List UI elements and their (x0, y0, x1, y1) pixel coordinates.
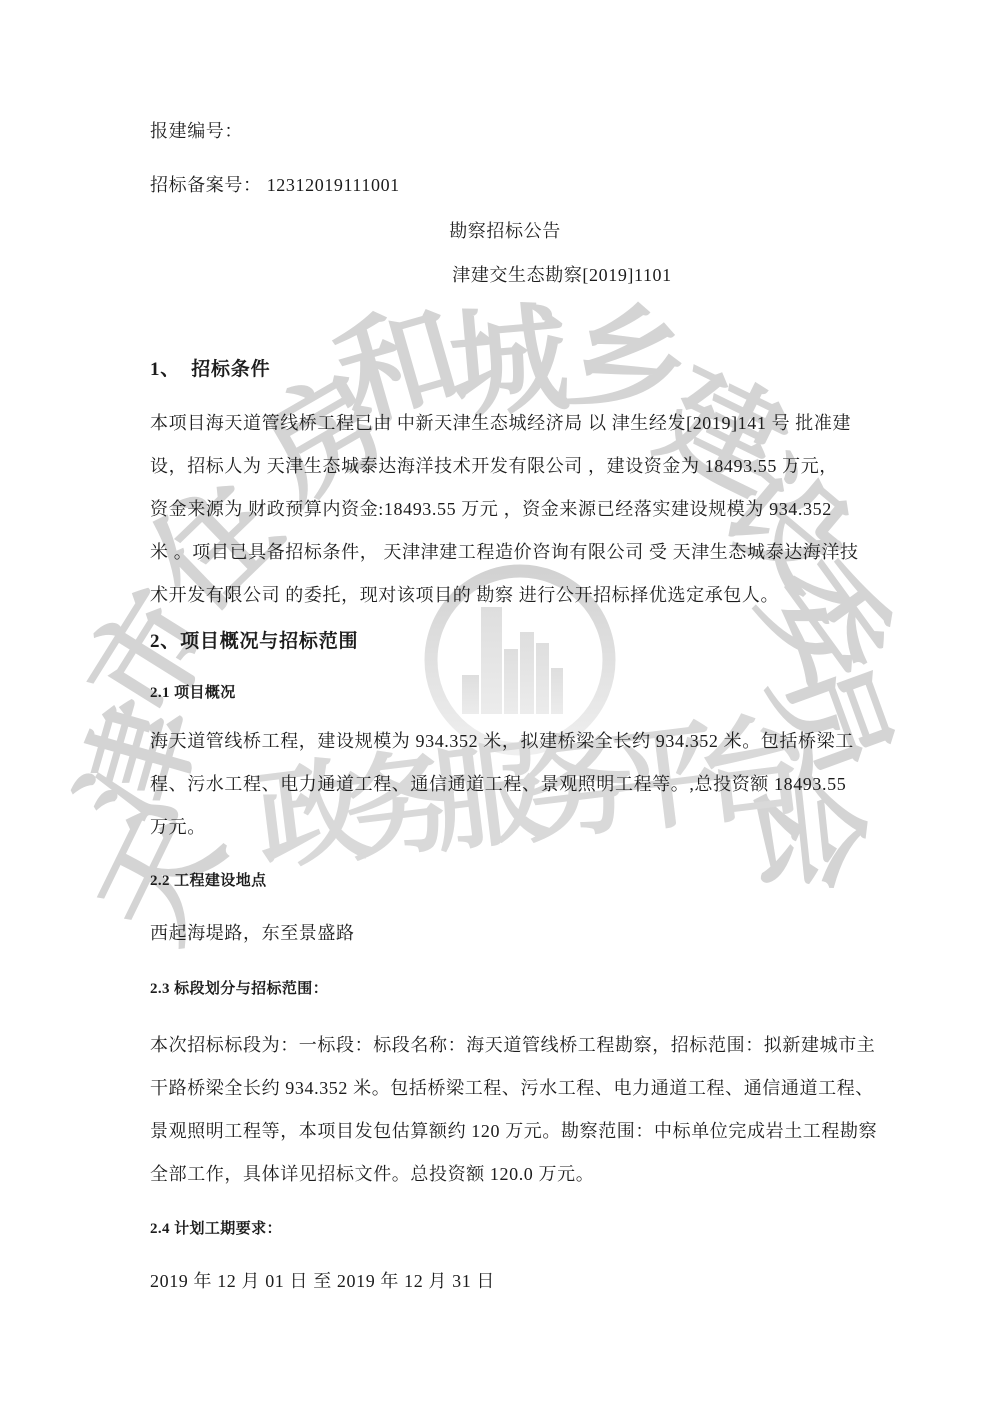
section-2-heading: 2、项目概况与招标范围 (150, 630, 358, 654)
p1-line1: 本项目海天道管线桥工程已由 中新天津生态城经济局 以 津生经发[2019]141… (150, 412, 851, 435)
p21-line3: 万元。 (150, 816, 206, 839)
section-24-heading: 2.4 计划工期要求： (150, 1220, 282, 1239)
p23-line4: 全部工作，具体详见招标文件。总投资额 120.0 万元。 (150, 1163, 594, 1186)
doc-number: 津建交生态勘察[2019]1101 (452, 264, 672, 287)
p1-line5: 术开发有限公司 的委托，现对该项目的 勘察 进行公开招标择优选定承包人。 (150, 584, 779, 607)
section-23-heading: 2.3 标段划分与招标范围： (150, 980, 328, 999)
p21-line1: 海天道管线桥工程，建设规模为 934.352 米，拟建桥梁全长约 934.352… (150, 730, 854, 753)
section-21-heading: 2.1 项目概况 (150, 684, 236, 703)
section-22-heading: 2.2 工程建设地点 (150, 872, 267, 891)
document-page: 天津市住房和城乡建设委员会政务服务平台 报建编号：招标备案号： 12312019… (0, 0, 1000, 1413)
p23-line1: 本次招标标段为：一标段：标段名称：海天道管线桥工程勘察，招标范围：拟新建城市主 (150, 1034, 875, 1057)
p24-line1: 2019 年 12 月 01 日 至 2019 年 12 月 31 日 (150, 1270, 495, 1293)
report-no-label: 报建编号： (150, 120, 243, 143)
p22-line1: 西起海堤路，东至景盛路 (150, 922, 355, 945)
p21-line2: 程、污水工程、电力通道工程、通信通道工程、景观照明工程等。,总投资额 18493… (150, 773, 846, 796)
p1-line4: 米 。项目已具备招标条件， 天津津建工程造价咨询有限公司 受 天津生态城泰达海洋… (150, 541, 859, 564)
doc-title: 勘察招标公告 (449, 220, 561, 243)
p1-line2: 设，招标人为 天津生态城泰达海洋技术开发有限公司 ，建设资金为 18493.55… (150, 455, 838, 478)
p1-line3: 资金来源为 财政预算内资金:18493.55 万元 ，资金来源已经落实建设规模为… (150, 498, 832, 521)
p23-line3: 景观照明工程等，本项目发包估算额约 120 万元。勘察范围：中标单位完成岩土工程… (150, 1120, 877, 1143)
section-1-heading: 1、 招标条件 (150, 358, 270, 382)
document-content: 报建编号：招标备案号： 12312019111001勘察招标公告津建交生态勘察[… (0, 0, 1000, 1413)
p23-line2: 干路桥梁全长约 934.352 米。包括桥梁工程、污水工程、电力通道工程、通信通… (150, 1077, 874, 1100)
record-no-line: 招标备案号： 12312019111001 (150, 174, 400, 197)
